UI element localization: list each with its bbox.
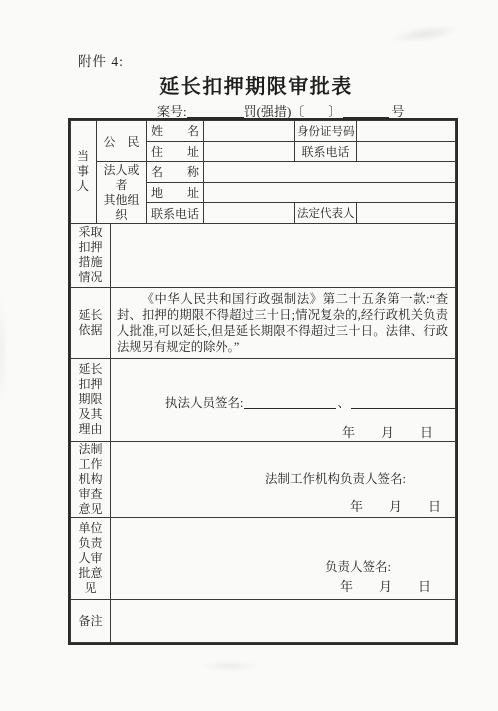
extension-basis-label: 延长 依据 [71,287,111,358]
org-phone-label: 联系电话 [147,203,204,224]
approval-form-table: 当 事 人 公 民 姓 名 身份证号码 住 址 联系电话 法人或者 其他组织 名… [68,118,458,645]
signature-blank-1 [244,395,336,409]
attachment-label: 附件 4: [78,50,124,70]
table-row: 法人或者 其他组织 名 称 [71,162,456,183]
case-number-blank-1 [187,104,244,118]
org-label: 法人或者 其他组织 [97,162,147,224]
table-row: 延长 扣押 期限 及其 理由 执法人员签名:、 年 月 日 [71,358,456,441]
case-number-label: 案号: [157,104,187,119]
remarks-label: 备注 [71,599,111,642]
org-address-label: 地 址 [147,182,204,203]
date-line: 年 月 日 [113,422,453,441]
scan-artifact [389,21,461,47]
citizen-label: 公 民 [97,121,147,162]
phone-label: 联系电话 [295,141,357,162]
address-field [204,141,295,162]
address-label: 住 址 [147,141,204,162]
signature-separator: 、 [337,396,350,410]
phone-field [357,141,456,162]
org-phone-field [204,203,295,224]
scan-artifact [200,660,260,672]
extension-period-label: 延长 扣押 期限 及其 理由 [71,358,111,441]
id-number-label: 身份证号码 [295,121,357,142]
case-number-mid: 罚(强措)〔 [244,104,305,119]
remarks-field [111,599,456,642]
signature-blank-2 [351,395,456,409]
scanned-form-sheet: 附件 4: 延长扣押期限审批表 案号:罚(强措)〔〕号 当 事 人 公 民 姓 … [0,0,498,711]
name-field [204,121,295,142]
org-address-field [204,182,456,203]
enforcer-signature-label: 执法人员签名: [165,396,243,410]
org-name-label: 名 称 [147,162,204,183]
unit-approval-label: 单位 负责 人审 批意 见 [71,517,111,599]
legal-rep-field [357,203,456,224]
case-number-close: 〕 [328,104,341,119]
head-signature-label: 负责人签名: [113,557,453,575]
table-row: 法制 工作 机构 审查 意见 法制工作机构负责人签名: 年 月 日 [71,441,456,517]
id-number-field [357,121,456,142]
party-group-label: 当 事 人 [71,121,97,224]
extension-period-field: 执法人员签名:、 年 月 日 [111,358,456,441]
table-row: 延长 依据 《中华人民共和国行政强制法》第二十五条第一款:“查封、扣押的期限不得… [71,287,456,358]
case-number-suffix: 号 [391,104,404,119]
seizure-measures-field [111,223,456,287]
scan-artifact [0,290,8,410]
unit-approval-field: 负责人签名: 年 月 日 [111,517,456,599]
table-row: 备注 [71,599,456,642]
legal-review-label: 法制 工作 机构 审查 意见 [71,441,111,517]
extension-basis-text: 《中华人民共和国行政强制法》第二十五条第一款:“查封、扣押的期限不得超过三十日;… [111,287,456,358]
table-row: 当 事 人 公 民 姓 名 身份证号码 [71,121,456,142]
table-row: 单位 负责 人审 批意 见 负责人签名: 年 月 日 [71,517,456,599]
org-name-field [204,162,456,183]
form-title: 延长扣押期限审批表 [0,70,498,99]
date-line: 年 月 日 [113,496,453,515]
seizure-measures-label: 采取 扣押 措施 情况 [71,223,111,287]
table-row: 采取 扣押 措施 情况 [71,223,456,287]
case-number-blank-2 [343,104,389,118]
party-section: 当 事 人 公 民 姓 名 身份证号码 住 址 联系电话 法人或者 其他组织 名… [70,120,456,224]
name-label: 姓 名 [147,121,204,142]
legal-head-signature-label: 法制工作机构负责人签名: [113,469,453,487]
sections-table: 采取 扣押 措施 情况 延长 依据 《中华人民共和国行政强制法》第二十五条第一款… [70,223,456,643]
legal-rep-label: 法定代表人 [295,203,357,224]
enforcer-signature-line: 执法人员签名:、 [113,393,453,411]
legal-review-field: 法制工作机构负责人签名: 年 月 日 [111,441,456,517]
date-line: 年 月 日 [113,576,453,599]
